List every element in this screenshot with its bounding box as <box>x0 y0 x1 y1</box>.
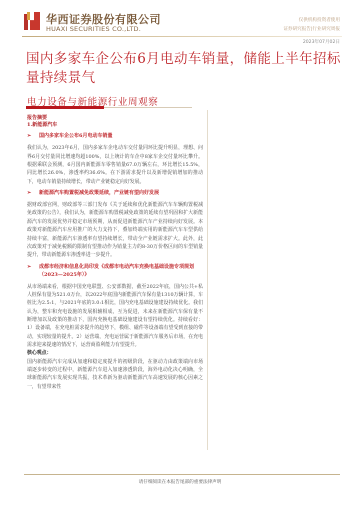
arrow-bullet-icon: ➢ <box>27 263 39 279</box>
core-view-body: 国内新能源汽车完成从加速和稳定度提升的初级阶段，在驱动力由政策端向市场端逐步转变… <box>27 358 203 391</box>
column-divider <box>207 110 208 450</box>
section-label-nev: 1.新能源汽车 <box>27 122 203 129</box>
right-sidebar <box>210 110 340 455</box>
audience-note: 仅供机构投资者使用 <box>299 17 340 23</box>
bullet-body: 据财政部官网，财政部等三部门发布《关于延续和优化新能源汽车车辆购置税减免政策的公… <box>27 201 203 259</box>
footer-disclaimer: 请仔细阅读在本报告尾部的重要法律声明 <box>0 479 360 485</box>
report-title: 国内多家车企公布6月电动车销量，储能上半年招标量持续景气 <box>26 50 346 88</box>
bullet-heading: ➢ 国内多家车企公布6月电动车销量 <box>27 132 203 140</box>
report-type: 证券研究报告|行业研究周报 <box>283 26 340 32</box>
report-date: 2023年07月02日 <box>303 39 340 45</box>
bullet-heading: ➢ 成都市经济和信息化局印发《成都市电动汽车充换电基础设施专项规划（2023—2… <box>27 263 203 279</box>
company-name-en: HUAXI SECURITIES CO.,LTD. <box>46 25 141 33</box>
arrow-bullet-icon: ➢ <box>27 189 39 197</box>
bullet-heading: ➢ 新能源汽车购置税减免政策延续，产业链有望向好发展 <box>27 189 203 197</box>
report-header: 华西证券股份有限公司 HUAXI SECURITIES CO.,LTD. 仅供机… <box>0 0 360 44</box>
subtitle-accent-bar <box>26 106 104 109</box>
header-divider <box>22 36 342 37</box>
report-summary: 报告摘要 1.新能源汽车 ➢ 国内多家车企公布6月电动车销量 我们认为，2023… <box>27 115 203 391</box>
arrow-bullet-icon: ➢ <box>27 132 39 140</box>
bullet-body: 我们认为，2023年6月，国内多家车企电动车交付量同环比提升明显，理想、问界6月… <box>27 144 203 186</box>
core-view-label: 核心观点： <box>27 349 203 357</box>
huaxi-logo-icon <box>24 12 40 30</box>
bullet-body: 从市场端来看，根据中国充电联盟、公安部数据，截至2022年底，国内公共+私人桩保… <box>27 283 203 350</box>
footer-divider <box>24 474 340 475</box>
